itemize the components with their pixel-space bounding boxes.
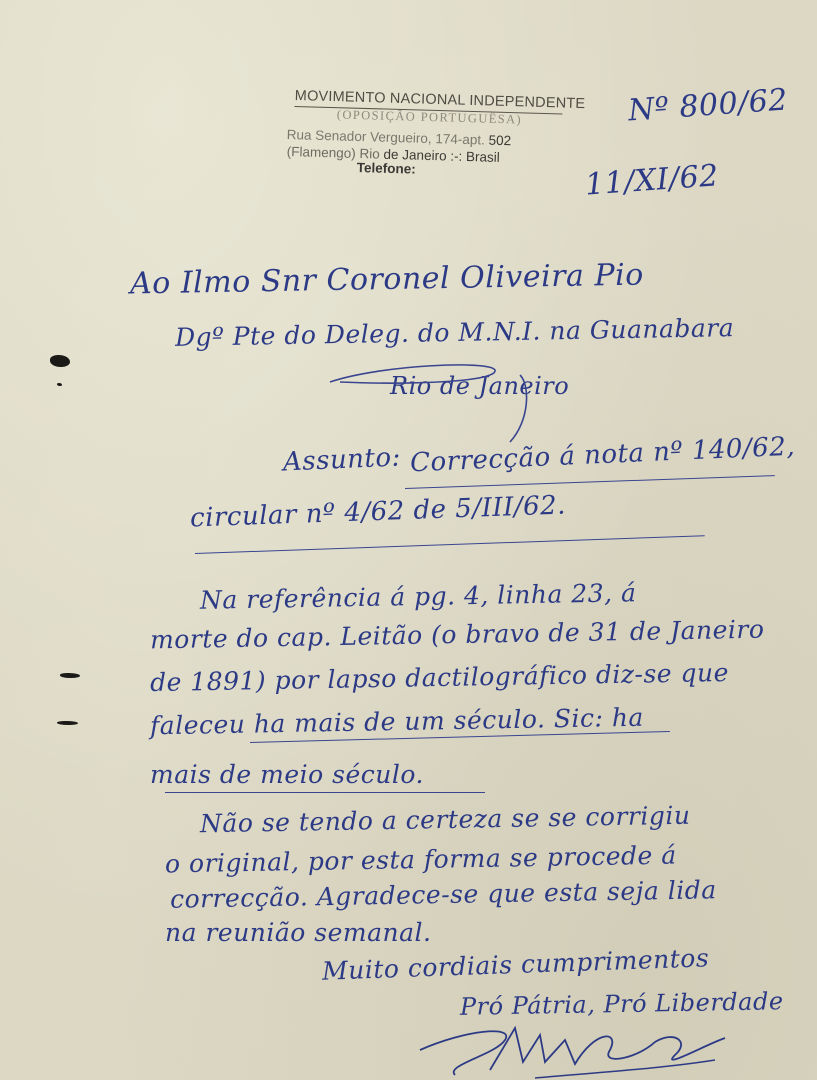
reference-date: 11/XI/62	[584, 158, 720, 202]
body-line: correcção. Agradece-se que esta seja lid…	[170, 875, 717, 914]
punch-mark	[57, 721, 78, 725]
reference-number: Nº 800/62	[627, 82, 789, 128]
punch-hole	[50, 355, 70, 367]
body-line: morte do cap. Leitão (o bravo de 31 de J…	[150, 615, 765, 655]
punch-mark	[60, 673, 80, 678]
subject-underline-2	[195, 535, 705, 554]
body-line: Na referência á pg. 4, linha 23, á	[200, 578, 637, 615]
apartment-number: 502	[488, 133, 511, 149]
signature-icon	[405, 1020, 735, 1080]
body-line: mais de meio século.	[150, 760, 424, 789]
subject-text-line-2: circular nº 4/62 de 5/III/62.	[190, 490, 567, 533]
body-line: o original, por esta forma se procede á	[165, 841, 677, 879]
body-line: de 1891) por lapso dactilográfico diz-se…	[150, 658, 729, 697]
closing-greeting: Muito cordiais cumprimentos	[322, 943, 710, 985]
body-line: faleceu ha mais de um século. Sic: ha	[150, 703, 644, 741]
closing-motto: Pró Pátria, Pró Liberdade	[460, 987, 784, 1021]
signature	[405, 1020, 735, 1080]
subject-label: Assunto:	[282, 442, 401, 477]
letterhead-stamp: MOVIMENTO NACIONAL INDEPENDENTE (OPOSIÇÃ…	[287, 88, 572, 175]
addressee-line-2: Dgº Pte do Deleg. do M.N.I. na Guanabara	[175, 313, 735, 352]
letter-page: MOVIMENTO NACIONAL INDEPENDENTE (OPOSIÇÃ…	[0, 0, 817, 1080]
subject-underline-1	[405, 475, 775, 489]
body-underline	[165, 792, 485, 793]
addressee-line-1: Ao Ilmo Snr Coronel Oliveira Pio	[130, 258, 644, 302]
body-line: na reunião semanal.	[165, 918, 431, 947]
body-line: Não se tendo a certeza se se corrigiu	[200, 801, 691, 839]
flourish-icon	[320, 360, 560, 450]
punch-mark	[57, 383, 62, 386]
district: (Flamengo) Rio	[287, 144, 380, 162]
